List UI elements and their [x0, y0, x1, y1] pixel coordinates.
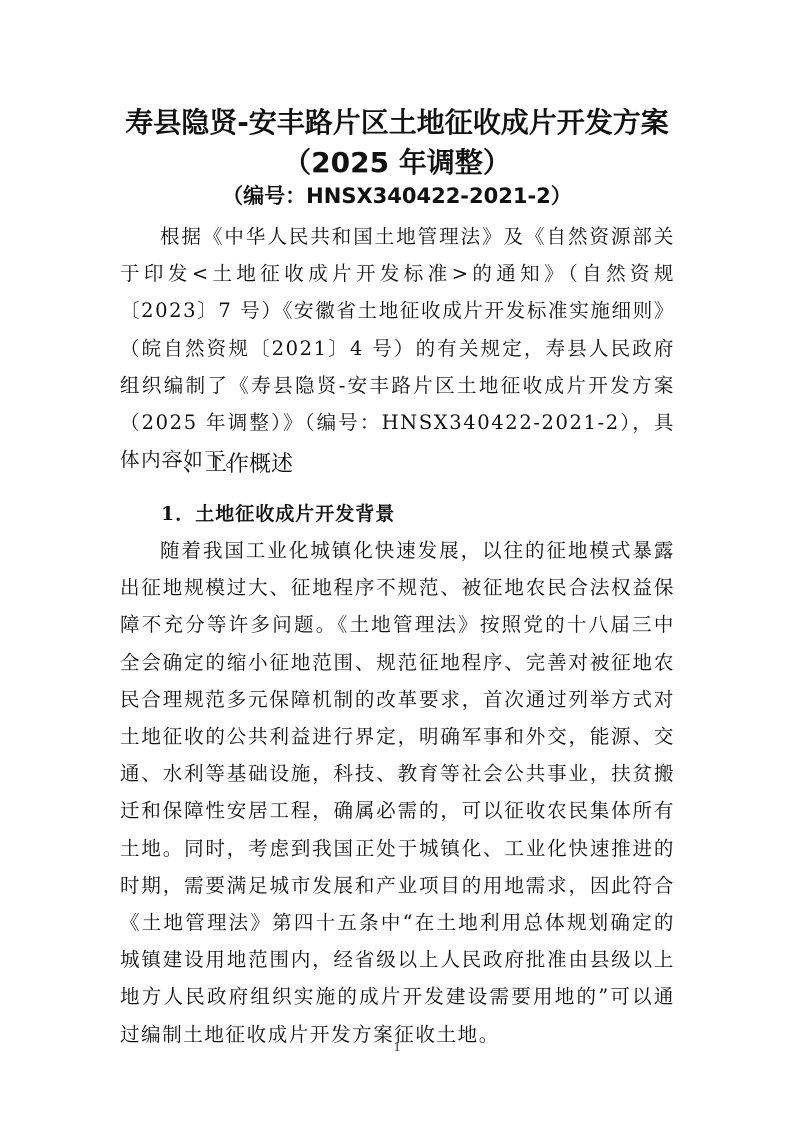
section-heading: 一、工作概述 [161, 447, 293, 478]
document-title: 寿县隐贤-安丰路片区土地征收成片开发方案 [0, 101, 794, 141]
subsection-heading: 1．土地征收成片开发背景 [161, 499, 395, 526]
document-code: （编号：HNSX340422-2021-2） [0, 180, 794, 210]
document-title-subtitle: （2025 年调整） [0, 141, 794, 181]
background-paragraph: 随着我国工业化城镇化快速发展，以往的征地模式暴露出征地规模过大、征地程序不规范、… [120, 532, 675, 1053]
document-page: 寿县隐贤-安丰路片区土地征收成片开发方案 （2025 年调整） （编号：HNSX… [0, 0, 794, 1122]
page-number: 1 [0, 1040, 794, 1056]
intro-paragraph: 根据《中华人民共和国土地管理法》及《自然资源部关于印发<土地征收成片开发标准>的… [120, 218, 675, 478]
